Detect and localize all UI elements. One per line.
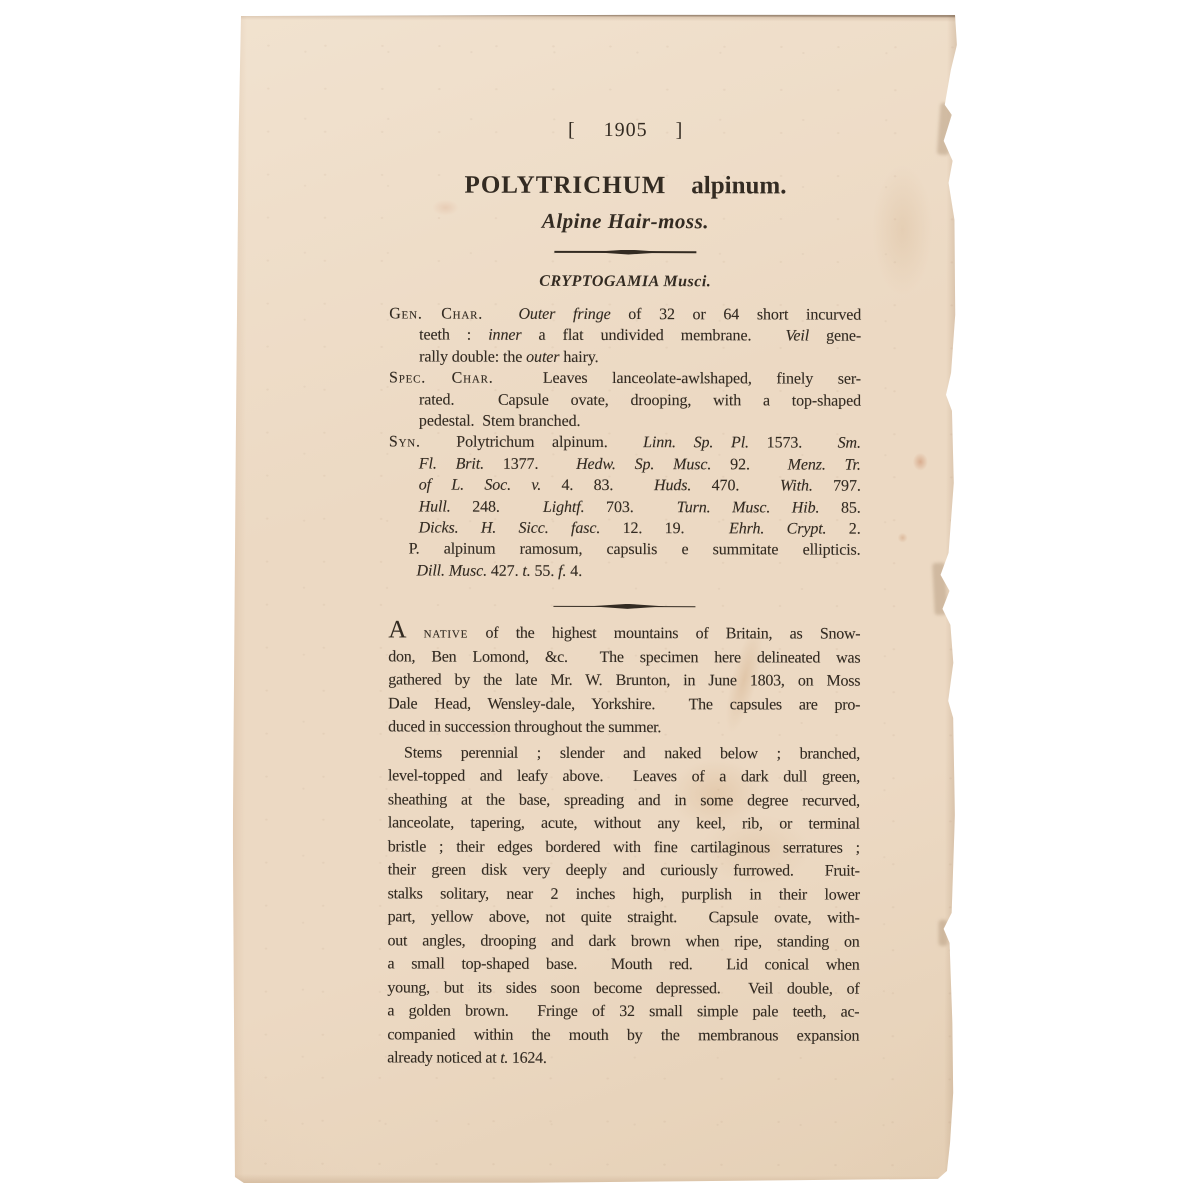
plain-text: out angles, drooping and dark brown when… [388, 932, 860, 950]
small-caps-text: native [424, 625, 469, 642]
plain-text: 2. [826, 521, 860, 538]
text-line: Hull. 248. Lightf. 703. Turn. Musc. Hib.… [389, 496, 861, 519]
plain-text: young, but its sides soon become depress… [387, 979, 859, 997]
text-line: young, but its sides soon become depress… [387, 976, 859, 1001]
plain-text: teeth : [419, 327, 488, 344]
plain-text: don, Ben Lomond, &c. The specimen here d… [388, 648, 860, 666]
text-line: stalks solitary, near 2 inches high, pur… [388, 882, 860, 907]
text-line: out angles, drooping and dark brown when… [388, 929, 860, 954]
lead-capital: A [388, 617, 406, 644]
plain-text: 92. [711, 456, 787, 473]
text-line: Spec. Char. Leaves lanceolate-awlshaped,… [389, 368, 861, 391]
text-line: part, yellow above, not quite straight. … [388, 906, 860, 931]
plain-text [406, 625, 423, 642]
italic-text: Huds. [654, 477, 691, 494]
plain-text: 248. [451, 498, 543, 515]
plain-text: of 32 or 64 short incurved [611, 306, 862, 324]
plain-text: hairy. [559, 349, 598, 366]
plain-text: 797. [813, 478, 861, 495]
italic-text: Hedw. Sp. Musc. [576, 456, 711, 473]
plain-text: companied within the mouth by the membra… [387, 1026, 859, 1044]
plain-text: bristle ; their edges bordered with fine… [388, 838, 860, 856]
text-line: teeth : inner a flat undivided membrane.… [389, 325, 861, 348]
synopsis-section: Gen. Char. Outer fringe of 32 or 64 shor… [389, 303, 862, 583]
plain-text: Dale Head, Wensley-dale, Yorkshire. The … [388, 695, 860, 713]
scan-background: { "colors":{"paper":"#ecd9c3","ink":"#33… [0, 0, 1200, 1200]
rule-diamond [590, 604, 664, 609]
text-line: Dicks. H. Sicc. fasc. 12. 19. Ehrh. Cryp… [389, 517, 861, 540]
plain-text: 470. [691, 477, 780, 494]
text-line: a small top-shaped base. Mouth red. Lid … [387, 953, 859, 978]
plain-text: 55. [531, 563, 559, 580]
plain-text: 85. [819, 499, 860, 516]
plain-text: 1377. [484, 456, 576, 473]
italic-text: t. [522, 563, 530, 580]
text-line: lanceolate, tapering, acute, without any… [388, 812, 860, 837]
italic-text: Outer fringe [518, 306, 610, 323]
plain-text: 4. 83. [541, 477, 654, 494]
italic-text: Lightf. [543, 498, 585, 515]
plain-text: 4. [566, 563, 582, 580]
page-number-open-bracket: [ [568, 117, 576, 143]
small-caps-text: Spec. Char. [389, 370, 494, 387]
plain-text: already noticed at [387, 1050, 500, 1067]
italic-text: of L. Soc. v. [419, 477, 541, 494]
plain-text: Polytrichum alpinum. [421, 434, 643, 452]
genus-name: POLYTRICHUM [465, 170, 667, 203]
classification-heading: CRYPTOGAMIA Musci. [389, 270, 861, 293]
plain-text: stalks solitary, near 2 inches high, pur… [388, 885, 860, 903]
ornamental-swelled-rule [554, 249, 696, 255]
plain-text: a flat undivided membrane. [521, 327, 785, 345]
plain-text: of the highest mountains of Britain, as … [468, 625, 860, 643]
italic-text: With. [780, 478, 813, 495]
text-line: gathered by the late Mr. W. Brunton, in … [388, 669, 860, 694]
text-line: Dill. Musc. 427. t. 55. f. 4. [389, 560, 861, 583]
description-paragraph: A native of the highest mountains of Bri… [388, 622, 860, 741]
page-content: [ 1905 ] POLYTRICHUM alpinum. Alpine Hai… [230, 13, 959, 1185]
text-line: Dale Head, Wensley-dale, Yorkshire. The … [388, 692, 860, 717]
plain-text: 1573. [749, 435, 838, 452]
italic-text: inner [488, 327, 521, 344]
italic-text: Dicks. H. Sicc. fasc. [419, 520, 601, 537]
ornamental-swelled-rule [553, 603, 695, 609]
italic-text: Fl. Brit. [419, 455, 484, 472]
plain-text: a small top-shaped base. Mouth red. Lid … [387, 956, 859, 974]
small-caps-text: Syn. [389, 434, 421, 451]
text-line: Syn. Polytrichum alpinum. Linn. Sp. Pl. … [389, 432, 861, 455]
text-line: level-topped and leafy above. Leaves of … [388, 765, 860, 790]
page-number: [ 1905 ] [390, 116, 862, 143]
italic-text: Linn. Sp. Pl. [643, 435, 749, 452]
plain-text: Leaves lanceolate-awlshaped, finely ser- [494, 370, 862, 388]
plain-text: their green disk very deeply and curious… [388, 862, 860, 880]
page-number-close-bracket: ] [676, 117, 684, 143]
text-line: Gen. Char. Outer fringe of 32 or 64 shor… [389, 303, 861, 326]
italic-text: Ehrh. Crypt. [729, 520, 826, 537]
plain-text: sheathing at the base, spreading and in … [388, 791, 860, 809]
italic-text: Turn. Musc. Hib. [677, 499, 820, 516]
italic-text: Dill. Musc. [417, 562, 487, 579]
text-line: Stems perennial ; slender and naked belo… [388, 741, 860, 766]
species-title: POLYTRICHUM alpinum. [390, 169, 862, 202]
text-line: of L. Soc. v. 4. 83. Huds. 470. With. 79… [389, 475, 861, 498]
text-line: Fl. Brit. 1377. Hedw. Sp. Musc. 92. Menz… [389, 453, 861, 476]
plain-text: 12. 19. [600, 520, 729, 537]
text-line: A native of the highest mountains of Bri… [388, 622, 860, 647]
plain-text: 703. [584, 499, 676, 516]
species-epithet: alpinum. [691, 170, 786, 202]
plain-text: 1624. [508, 1050, 547, 1067]
plain-text: rally double: the [419, 348, 526, 365]
text-line: a golden brown. Fringe of 32 small simpl… [387, 1000, 859, 1025]
italic-text: Veil [785, 328, 809, 345]
text-line: rated. Capsule ovate, drooping, with a t… [389, 389, 861, 412]
plain-text: P. alpinum ramosum, capsulis e summitate… [409, 541, 861, 559]
rule-diamond [591, 249, 665, 254]
plain-text: part, yellow above, not quite straight. … [388, 909, 860, 927]
text-line: their green disk very deeply and curious… [388, 859, 860, 884]
italic-text: Sm. [838, 435, 861, 452]
italic-text: Menz. Tr. [788, 456, 861, 473]
text-line: sheathing at the base, spreading and in … [388, 788, 860, 813]
plain-text: level-topped and leafy above. Leaves of … [388, 768, 860, 786]
italic-text: t. [500, 1050, 508, 1067]
small-caps-text: Gen. Char. [389, 305, 483, 322]
italic-text: f. [558, 563, 566, 580]
page-number-value: 1905 [604, 117, 648, 143]
plain-text [483, 306, 518, 323]
common-name-subtitle: Alpine Hair-moss. [389, 207, 861, 234]
plain-text: 427. [487, 563, 522, 580]
paper-page: [ 1905 ] POLYTRICHUM alpinum. Alpine Hai… [230, 13, 959, 1185]
plain-text: pedestal. Stem branched. [419, 413, 580, 430]
text-line: P. alpinum ramosum, capsulis e summitate… [389, 539, 861, 562]
italic-text: outer [526, 349, 559, 366]
plain-text: lanceolate, tapering, acute, without any… [388, 815, 860, 833]
plain-text: duced in succession throughout the summe… [388, 719, 661, 737]
text-line: duced in succession throughout the summe… [388, 716, 860, 741]
plain-text: rated. Capsule ovate, drooping, with a t… [419, 391, 861, 409]
text-line: already noticed at t. 1624. [387, 1047, 859, 1072]
plain-text: gene- [809, 328, 861, 345]
plain-text: a golden brown. Fringe of 32 small simpl… [387, 1003, 859, 1021]
text-line: companied within the mouth by the membra… [387, 1023, 859, 1048]
text-line: don, Ben Lomond, &c. The specimen here d… [388, 645, 860, 670]
text-line: bristle ; their edges bordered with fine… [388, 835, 860, 860]
text-line: rally double: the outer hairy. [389, 346, 861, 369]
plain-text: Stems perennial ; slender and naked belo… [404, 744, 860, 762]
description-paragraph: Stems perennial ; slender and naked belo… [387, 741, 860, 1071]
text-line: pedestal. Stem branched. [389, 410, 861, 433]
plain-text: gathered by the late Mr. W. Brunton, in … [388, 672, 860, 690]
italic-text: Hull. [419, 498, 451, 515]
